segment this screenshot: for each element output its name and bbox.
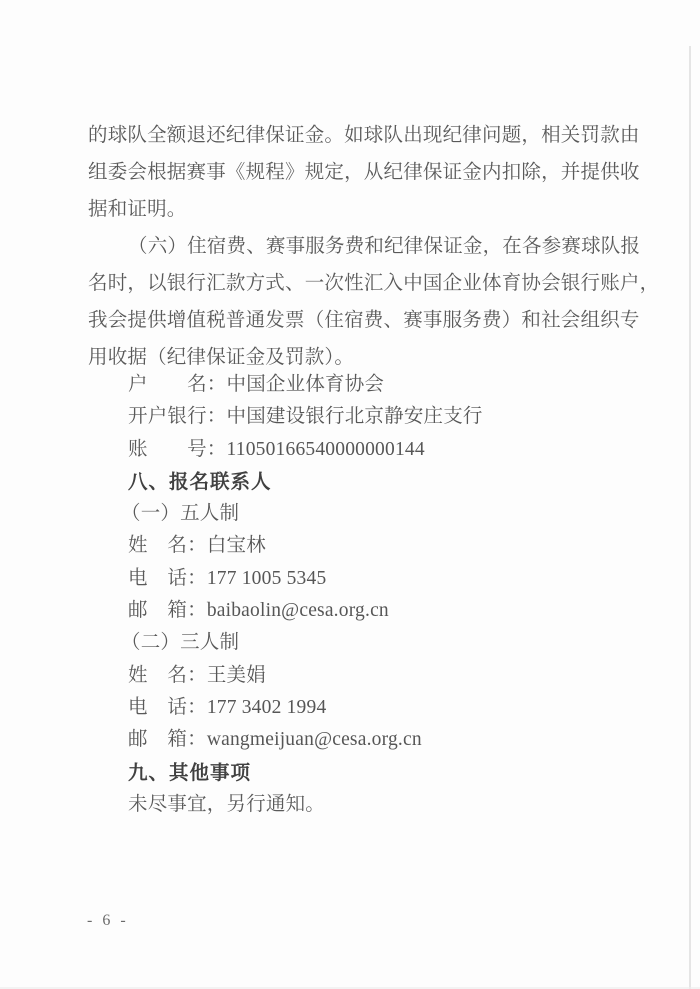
lower-block: 户 名：中国企业体育协会 开户银行：中国建设银行北京静安庄支行 账 号：1105… [88,369,623,821]
bank-account-name-value: 中国企业体育协会 [227,374,385,395]
contact-phone-value: 177 3402 1994 [207,697,327,718]
contact-name-value: 王美娟 [207,665,266,686]
paragraph-discipline-line: 组委会根据赛事《规程》规定，从纪律保证金内扣除，并提供收 [88,154,623,191]
bank-account-name-row: 户 名：中国企业体育协会 [88,369,623,401]
contact-phone-row: 电 话：177 3402 1994 [88,692,623,724]
bank-branch-row: 开户银行：中国建设银行北京静安庄支行 [88,401,623,433]
contact-phone-label: 电 话： [128,697,207,718]
page-number: - 6 - [87,912,129,930]
contact-name-row: 姓 名：白宝林 [88,530,623,562]
contact-name-value: 白宝林 [207,535,266,556]
contact-phone-value: 177 1005 5345 [207,568,327,589]
bank-account-name-label: 户 名： [128,374,227,395]
contact-name-row: 姓 名：王美娟 [88,660,623,692]
contact-email-row: 邮 箱：wangmeijuan@cesa.org.cn [88,724,623,756]
bank-account-number-label: 账 号： [128,439,227,460]
bank-account-number-row: 账 号：11050166540000000144 [88,434,623,466]
section-heading-contacts: 八、报名联系人 [88,466,623,498]
section-heading-other: 九、其他事项 [88,757,623,789]
page-scan-edge-right [689,46,691,989]
contact-email-row: 邮 箱：baibaolin@cesa.org.cn [88,595,623,627]
contact-email-value: baibaolin@cesa.org.cn [207,600,389,621]
other-matters-body: 未尽事宜，另行通知。 [88,789,623,821]
contact-name-label: 姓 名： [128,535,207,556]
bank-branch-label: 开户银行： [128,406,227,427]
paragraph-fees-line: 名时，以银行汇款方式、一次性汇入中国企业体育协会银行账户， [88,265,623,302]
document-content: 的球队全额退还纪律保证金。如球队出现纪律问题，相关罚款由 组委会根据赛事《规程》… [88,117,623,821]
scanned-document-page: 的球队全额退还纪律保证金。如球队出现纪律问题，相关罚款由 组委会根据赛事《规程》… [0,0,700,989]
contact-email-value: wangmeijuan@cesa.org.cn [207,729,422,750]
paragraph-fees-line: 我会提供增值税普通发票（住宿费、赛事服务费）和社会组织专 [88,302,623,339]
contact-phone-label: 电 话： [128,568,207,589]
paragraph-discipline-line: 的球队全额退还纪律保证金。如球队出现纪律问题，相关罚款由 [88,117,623,154]
paragraph-fees-line: （六）住宿费、赛事服务费和纪律保证金，在各参赛球队报 [88,228,623,265]
bank-branch-value: 中国建设银行北京静安庄支行 [227,406,483,427]
contact-email-label: 邮 箱： [128,600,207,621]
subheading-three-a-side: （二）三人制 [88,627,623,659]
contact-email-label: 邮 箱： [128,729,207,750]
subheading-five-a-side: （一）五人制 [88,498,623,530]
contact-phone-row: 电 话：177 1005 5345 [88,563,623,595]
paragraph-discipline-line: 据和证明。 [88,191,623,228]
contact-name-label: 姓 名： [128,665,207,686]
bank-account-number-value: 11050166540000000144 [227,439,425,460]
